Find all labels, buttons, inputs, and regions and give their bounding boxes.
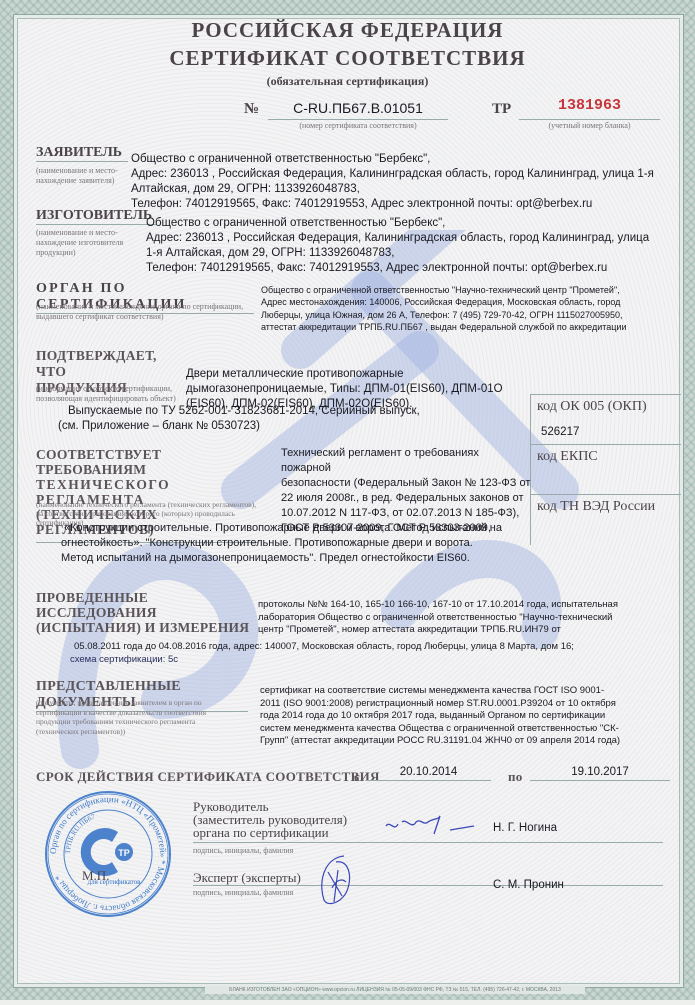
head-name: Н. Г. Ногина (493, 821, 557, 836)
ekps-code-label: код ЕКПС (531, 445, 681, 465)
tests-label-line: ПРОВЕДЕННЫЕ ИССЛЕДОВАНИЯ (36, 590, 266, 620)
documents-line: сертификат на соответствие системы менед… (260, 685, 690, 698)
manufacturer-line: Общество с ограниченной ответственностью… (146, 216, 676, 231)
okp-code-value: 526217 (531, 415, 681, 440)
expert-signature (314, 852, 356, 908)
applicant-line: Общество с ограниченной ответственностью… (131, 152, 676, 167)
applicant-line: Адрес: 236013 , Российская Федерация, Ка… (131, 167, 676, 182)
product-line: дымогазонепроницаемые, Типы: ДПМ-01(EIS6… (186, 382, 526, 397)
documents-caption: (документы, представленные заявителем в … (36, 698, 236, 736)
tests-line: протоколы №№ 164-10, 165-10 166-10, 167-… (258, 599, 688, 612)
manufacturer-label: ИЗГОТОВИТЕЛЬ (36, 208, 156, 225)
okp-code-box: код ОК 005 (ОКП) 526217 (530, 394, 681, 445)
cert-body-line: Люберцы, улица Южная, дом 26 А, Телефон:… (261, 309, 681, 321)
svg-text:Орган по сертификации «НТЦ «Пр: Орган по сертификации «НТЦ «Прометей» * … (48, 794, 168, 914)
documents-line: систем менеджмента качества Общества с о… (260, 723, 690, 736)
validity-label: СРОК ДЕЙСТВИЯ СЕРТИФИКАТА СООТВЕТСТВИЯ (36, 769, 380, 785)
validity-to-label: по (508, 769, 523, 785)
product-line: Двери металлические противопожарные (186, 367, 526, 382)
regulation-line: Технический регламент о требованиях пожа… (281, 446, 531, 476)
regulation-line: 10.07.2012 N 117-ФЗ, от 02.07.2013 N 185… (281, 506, 531, 521)
head-label-line: органа по сертификации (193, 826, 355, 839)
regulation-label-line: СООТВЕТСТВУЕТ ТРЕБОВАНИЯМ (36, 447, 258, 477)
head-signature-caption: подпись, инициалы, фамилия (193, 846, 293, 856)
tests-continuation: 05.08.2011 года до 04.08.2016 года, адре… (74, 641, 684, 666)
tnved-code-value (531, 515, 681, 519)
tests-line: лаборатория Общество с ограниченной отве… (258, 612, 688, 625)
cert-body-line: Адрес местонахождения: 140006, Российска… (261, 296, 681, 308)
regulation-continuation: «Конструкции строительные. Противопожарн… (64, 521, 584, 566)
svg-text:ТР: ТР (118, 848, 130, 858)
country-title: РОССИЙСКАЯ ФЕДЕРАЦИЯ (0, 18, 695, 43)
cert-body-line: аттестат аккредитации ТРПБ.RU.ПБ67 , выд… (261, 321, 681, 333)
certificate-title: СЕРТИФИКАТ СООТВЕТСТВИЯ (0, 46, 695, 71)
validity-to-date: 19.10.2017 (530, 765, 670, 781)
product-release: Выпускаемые по ТУ 5262-001- 31823681-201… (68, 404, 508, 434)
manufacturer-details: Общество с ограниченной ответственностью… (146, 216, 676, 276)
applicant-label: ЗАЯВИТЕЛЬ (36, 145, 128, 162)
tests-line: центр "Прометей", номер аттестата аккред… (258, 624, 688, 637)
manufacturer-line: Телефон: 74012919565, Факс: 74012919553,… (146, 261, 676, 276)
applicant-details: Общество с ограниченной ответственностью… (131, 152, 676, 212)
product-label-line: ПОДТВЕРЖДАЕТ, ЧТО (36, 348, 186, 380)
applicant-caption: (наименование и место-нахождение заявите… (36, 166, 131, 186)
manufacturer-line: 1-я Алтайская, дом 29, ОГРН: 11339260487… (146, 246, 676, 261)
regulation-cont-line: «Конструкции строительные. Противопожарн… (64, 521, 584, 536)
release-line: Выпускаемые по ТУ 5262-001- 31823681-201… (68, 404, 508, 419)
documents-details: сертификат на соответствие системы менед… (260, 685, 690, 748)
tests-label: ПРОВЕДЕННЫЕ ИССЛЕДОВАНИЯ (ИСПЫТАНИЯ) И И… (36, 590, 266, 635)
documents-line: года 2014 года до 10 октября 2017 года, … (260, 710, 690, 723)
regulation-cont-line: Метод испытаний на дымогазонепроницаемос… (61, 551, 584, 566)
applicant-line: Телефон: 74012919565, Факс: 74012919553,… (131, 197, 676, 212)
documents-line: Групп" (аттестат аккредитации РОСС RU.31… (260, 735, 690, 748)
expert-name: С. М. Пронин (493, 878, 564, 893)
okp-code-label: код ОК 005 (ОКП) (531, 395, 681, 415)
blank-number: 1381963 (519, 97, 660, 120)
head-signature (384, 812, 484, 842)
documents-line: 2011 (ISO 9001:2008) регистрационный ном… (260, 698, 690, 711)
expert-signature-line (193, 885, 663, 886)
tr-label: ТР (492, 101, 511, 118)
regulation-line: безопасности (Федеральный Закон № 123-ФЗ… (281, 476, 531, 491)
certificate-number: C-RU.ПБ67.В.01051 (268, 100, 448, 120)
expert-signature-caption: подпись, инициалы, фамилия (193, 888, 293, 898)
cert-body-details: Общество с ограниченной ответственностью… (261, 284, 681, 333)
expert-label: Эксперт (эксперты) (193, 871, 301, 884)
product-caption: (информация об объекте сертификации, поз… (36, 384, 186, 404)
head-signature-line (193, 842, 663, 843)
tests-cont-line: 05.08.2011 года до 04.08.2016 года, адре… (74, 641, 684, 654)
stamp-place-label: М.П. (82, 868, 109, 884)
applicant-line: Алтайская, дом 29, ОГРН: 1133926048783, (131, 182, 676, 197)
print-info: БЛАНК ИЗГОТОВЛЕН ЗАО «ОПЦИОН» www.opcion… (205, 986, 585, 994)
certificate-subtitle: (обязательная сертификация) (0, 74, 695, 89)
manufacturer-line: Адрес: 236013 , Российская Федерация, Ка… (146, 231, 676, 246)
tests-label-line: (ИСПЫТАНИЯ) И ИЗМЕРЕНИЯ (36, 620, 266, 635)
tests-details: протоколы №№ 164-10, 165-10 166-10, 167-… (258, 599, 688, 637)
tnved-code-label: код ТН ВЭД России (531, 495, 681, 515)
manufacturer-caption: (наименование и место-нахождение изготов… (36, 228, 136, 258)
cert-body-line: Общество с ограниченной ответственностью… (261, 284, 681, 296)
certificate-number-caption: (номер сертификата соответствия) (268, 121, 448, 131)
cert-body-caption: (наименование и местонахождение органа п… (36, 302, 261, 322)
certification-stamp: Орган по сертификации «НТЦ «Прометей» * … (44, 790, 172, 918)
number-prefix: № (244, 101, 259, 118)
ekps-code-value (531, 465, 681, 469)
regulation-line: 22 июля 2008г., в ред. Федеральных закон… (281, 491, 531, 506)
blank-number-caption: (учетный номер бланка) (519, 121, 660, 131)
validity-from-date: 20.10.2014 (366, 765, 491, 781)
regulation-cont-line: огнестойкость». "Конструкции строительны… (61, 536, 584, 551)
head-label: Руководитель (заместитель руководителя) … (193, 800, 355, 839)
ekps-code-box: код ЕКПС (530, 444, 681, 495)
certification-scheme: схема сертификации: 5с (70, 654, 684, 667)
release-line: (см. Приложение – бланк № 0530723) (58, 419, 508, 434)
validity-from-label: с (354, 769, 360, 785)
